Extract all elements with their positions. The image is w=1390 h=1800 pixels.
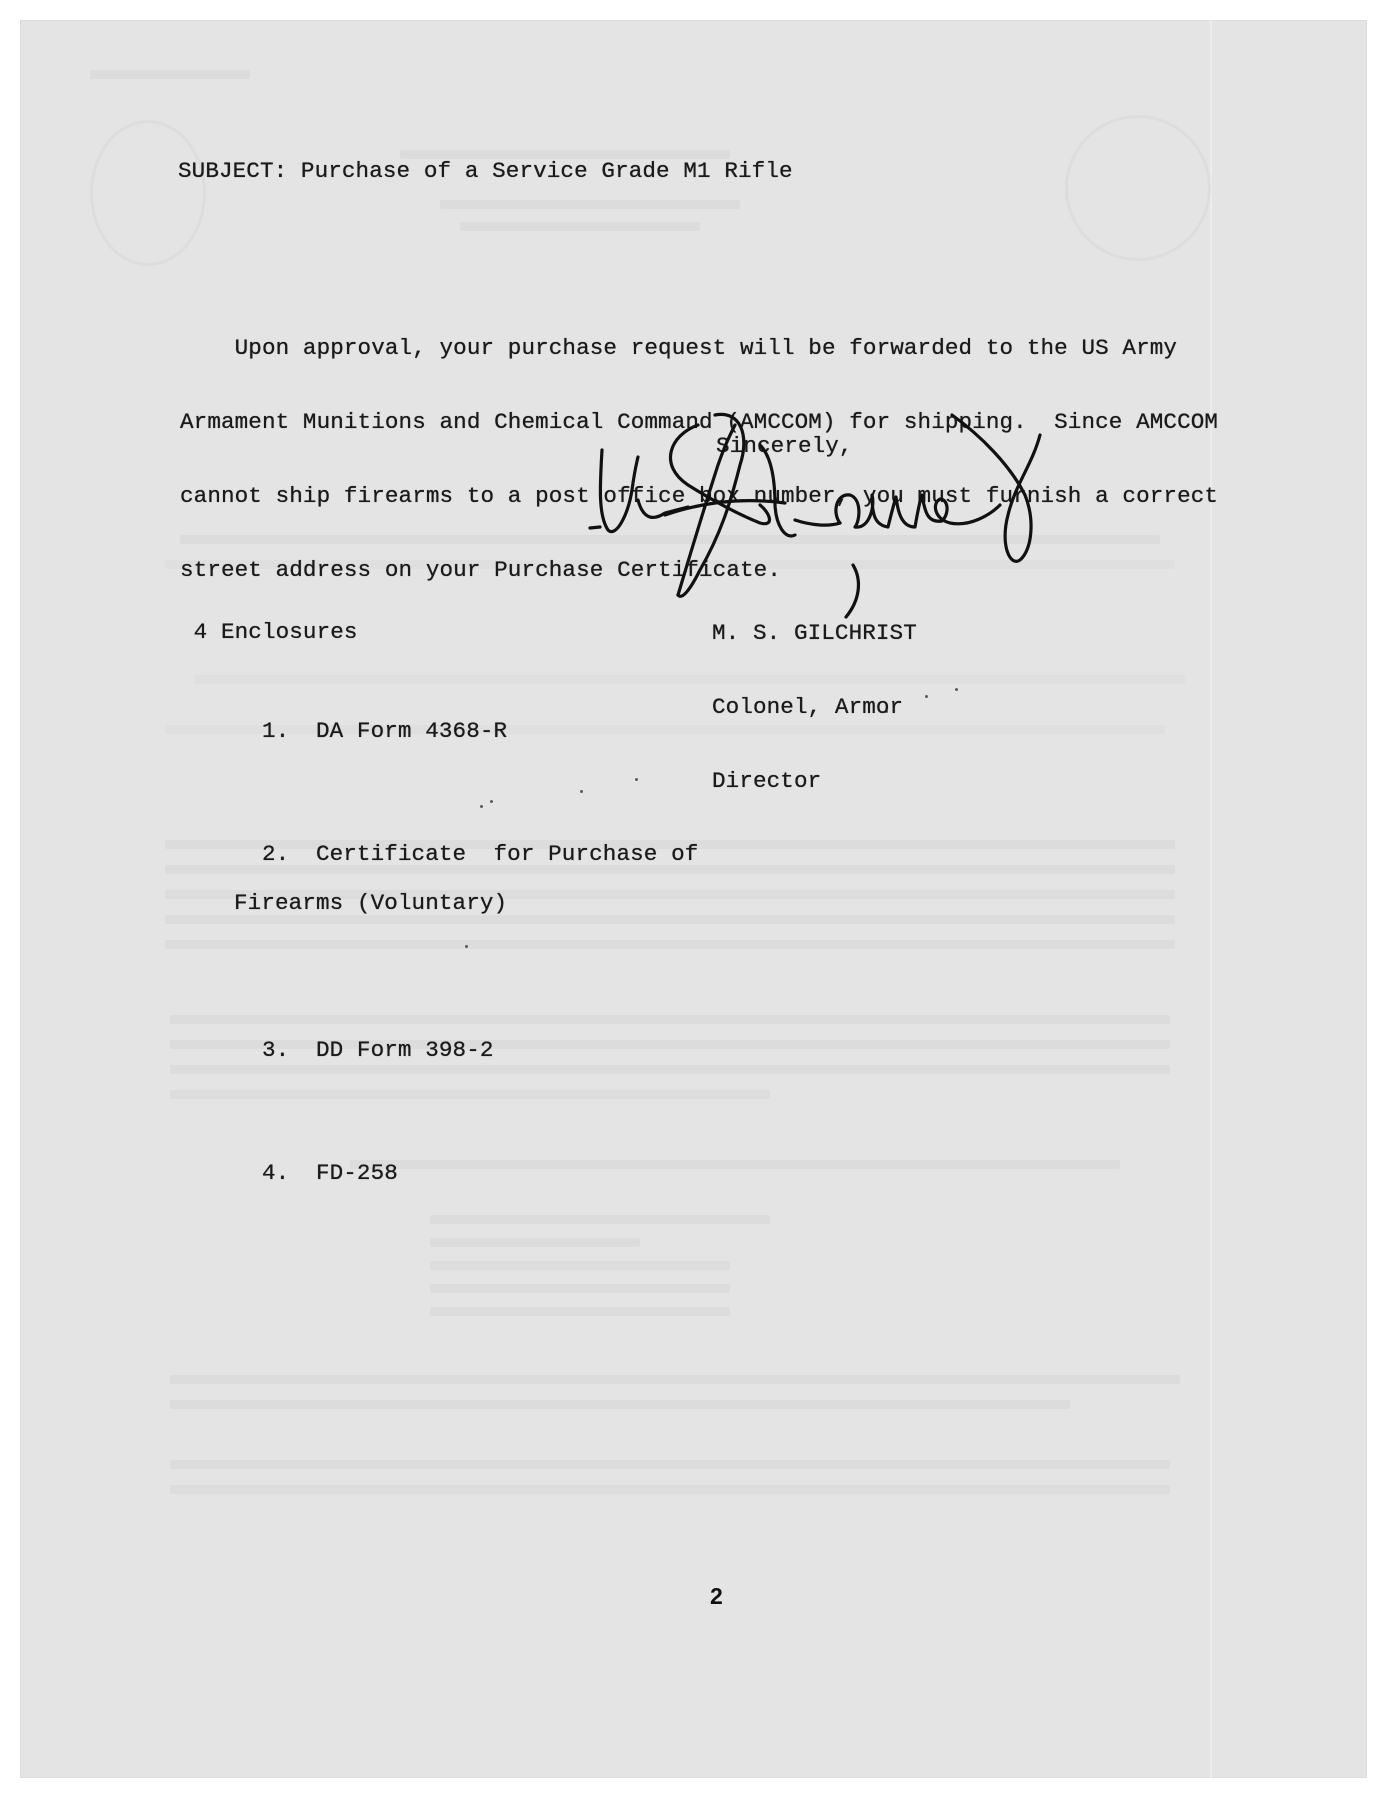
enclosure-number: 4. (262, 1161, 316, 1186)
page-number: 2 (710, 1583, 723, 1610)
ghost-text (460, 222, 700, 231)
enclosure-text: Certificate for Purchase of (316, 841, 698, 867)
enclosure-item: 3.DD Form 398-2 (180, 1014, 698, 1088)
ghost-text (170, 1460, 1170, 1469)
ghost-text (90, 70, 250, 79)
subject-line: SUBJECT: Purchase of a Service Grade M1 … (178, 159, 793, 184)
enclosure-number: 1. (262, 719, 316, 744)
enclosure-text: DA Form 4368-R (316, 718, 507, 744)
scan-speck (955, 688, 958, 691)
closing: Sincerely, (716, 434, 853, 459)
ghost-text (170, 1485, 1170, 1494)
ghost-text (170, 1400, 1070, 1409)
signature-block: M. S. GILCHRIST Colonel, Armor Director (712, 572, 917, 843)
ghost-text (430, 1307, 730, 1316)
enclosure-number: 2. (262, 842, 316, 867)
enclosures-list: 4 Enclosures 1.DA Form 4368-R 2.Certific… (180, 571, 698, 1260)
enclosure-text: Firearms (Voluntary) (180, 891, 698, 916)
enclosure-number: 3. (262, 1038, 316, 1063)
signer-rank: Colonel, Armor (712, 695, 917, 720)
ghost-text (440, 200, 740, 209)
signer-name: M. S. GILCHRIST (712, 621, 917, 646)
ghost-text (170, 1375, 1180, 1384)
ghost-text (430, 1284, 730, 1293)
ghost-seal (90, 120, 206, 266)
document-page: SUBJECT: Purchase of a Service Grade M1 … (20, 20, 1367, 1778)
paragraph-line: Upon approval, your purchase request wil… (180, 336, 1218, 361)
scan-fold-line (1210, 20, 1212, 1778)
scan-speck (925, 695, 928, 698)
enclosures-heading: 4 Enclosures (180, 620, 698, 645)
ghost-text (430, 1261, 730, 1270)
enclosure-item: 1.DA Form 4368-R (180, 694, 698, 768)
paragraph-line: cannot ship firearms to a post office bo… (180, 484, 1218, 509)
enclosure-item: 4.FD-258 (180, 1137, 698, 1211)
enclosure-item: 2.Certificate for Purchase of Firearms (… (180, 817, 698, 965)
enclosure-text: FD-258 (316, 1160, 398, 1186)
enclosure-text: DD Form 398-2 (316, 1037, 494, 1063)
paragraph-line: Armament Munitions and Chemical Command … (180, 410, 1218, 435)
ghost-seal (1065, 115, 1211, 261)
signer-title: Director (712, 769, 917, 794)
